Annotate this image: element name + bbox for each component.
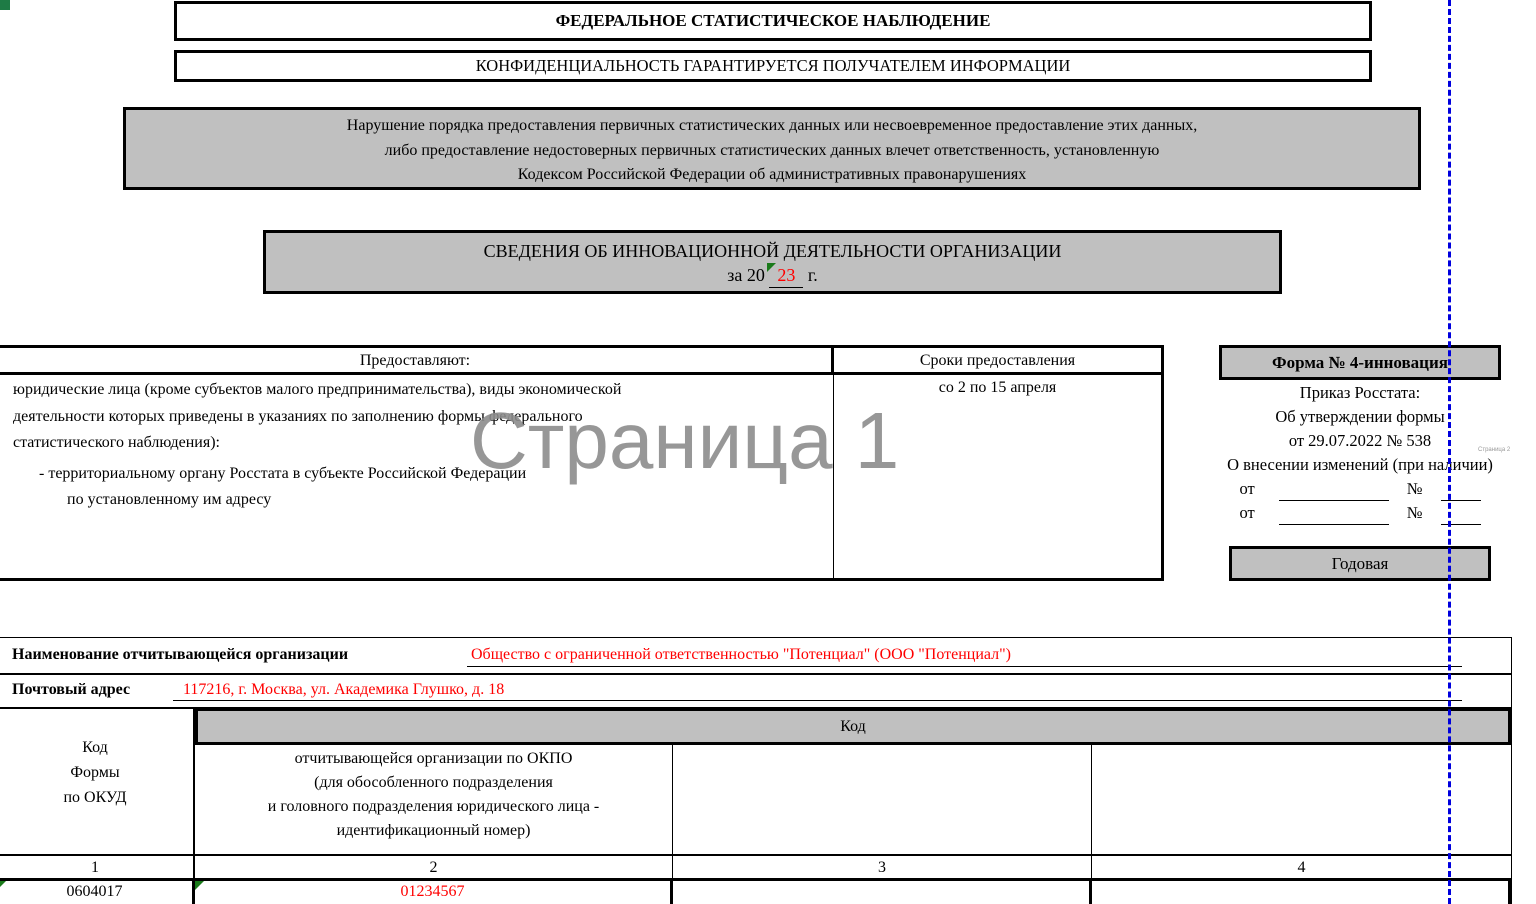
org-name-row: Наименование отчитывающейся организации … (0, 638, 1511, 675)
period-text: Годовая (1332, 554, 1389, 573)
deadline-value: со 2 по 15 апреля (834, 375, 1161, 578)
org-name-underline (467, 666, 1462, 667)
number-label: № (1407, 477, 1423, 501)
okpo-value: 01234567 (401, 883, 465, 900)
column-number: 3 (673, 854, 1092, 881)
year-input[interactable]: 23 (769, 263, 803, 288)
from-label: от (1240, 501, 1255, 525)
org-address-underline (173, 700, 1462, 701)
okud-header-line: Код (0, 735, 193, 760)
comment-marker-icon (767, 263, 776, 272)
period-box: Годовая (1229, 546, 1491, 581)
organization-table: Наименование отчитывающейся организации … (0, 637, 1512, 904)
amendment-date-field[interactable] (1279, 484, 1389, 501)
okud-value-cell[interactable]: 0604017 (0, 881, 195, 904)
providers-bullet: - территориальному органу Росстата в суб… (13, 461, 833, 488)
amendment-line-1: от№ (1198, 477, 1522, 501)
code-header: Код (195, 708, 1511, 745)
confidentiality-text: КОНФИДЕНЦИАЛЬНОСТЬ ГАРАНТИРУЕТСЯ ПОЛУЧАТ… (476, 56, 1071, 75)
deadline-header: Сроки предоставления (834, 348, 1161, 375)
providers-description: юридические лица (кроме субъектов малого… (0, 375, 834, 578)
column-number: 1 (0, 854, 195, 881)
okpo-header-line: и головного подразделения юридического л… (195, 795, 672, 819)
org-name-value[interactable]: Общество с ограниченной ответственностью… (471, 646, 1011, 664)
okud-header-line: Формы (0, 760, 193, 785)
order-line: О внесении изменений (при наличии) (1198, 453, 1522, 477)
providers-line: статистического наблюдения): (13, 430, 833, 457)
warning-line: Кодексом Российской Федерации об админис… (126, 163, 1418, 188)
code-grid: Код Формы по ОКУД Код отчитывающейся орг… (0, 707, 1511, 904)
year-prefix: за 20 (727, 265, 765, 285)
from-label: от (1240, 477, 1255, 501)
form-number-text: Форма № 4-инновация (1272, 353, 1448, 372)
providers-line: деятельности которых приведены в указани… (13, 404, 833, 431)
amendment-line-2: от№ (1198, 501, 1522, 525)
providers-header: Предоставляют: (0, 348, 834, 375)
providers-bullet-cont: по установленному им адресу (13, 487, 833, 514)
providers-line: юридические лица (кроме субъектов малого… (13, 377, 833, 404)
order-line: Приказ Росстата: (1198, 381, 1522, 405)
order-info: Приказ Росстата: Об утверждении формы от… (1198, 381, 1522, 525)
org-address-value[interactable]: 117216, г. Москва, ул. Академика Глушко,… (183, 681, 504, 699)
okud-header: Код Формы по ОКУД (0, 707, 195, 854)
order-line: Об утверждении формы (1198, 405, 1522, 429)
report-year-line: за 20 23 г. (266, 263, 1279, 288)
column-number: 2 (195, 854, 673, 881)
warning-line: Нарушение порядка предоставления первичн… (126, 114, 1418, 139)
col3-header (673, 745, 1092, 854)
okud-value: 0604017 (67, 883, 123, 900)
report-title: СВЕДЕНИЯ ОБ ИННОВАЦИОННОЙ ДЕЯТЕЛЬНОСТИ О… (263, 230, 1282, 294)
order-line: от 29.07.2022 № 538 (1198, 429, 1522, 453)
amendment-number-field[interactable] (1441, 484, 1481, 501)
report-title-text: СВЕДЕНИЯ ОБ ИННОВАЦИОННОЙ ДЕЯТЕЛЬНОСТИ О… (266, 239, 1279, 263)
federal-observation-header: ФЕДЕРАЛЬНОЕ СТАТИСТИЧЕСКОЕ НАБЛЮДЕНИЕ (174, 1, 1372, 41)
confidentiality-header: КОНФИДЕНЦИАЛЬНОСТЬ ГАРАНТИРУЕТСЯ ПОЛУЧАТ… (174, 50, 1372, 82)
form-number-box: Форма № 4-инновация (1219, 345, 1501, 380)
page-break-line (1448, 0, 1451, 904)
comment-marker-icon (0, 881, 6, 890)
org-name-label: Наименование отчитывающейся организации (12, 646, 348, 664)
okpo-header: отчитывающейся организации по ОКПО (для … (195, 745, 673, 854)
liability-warning: Нарушение порядка предоставления первичн… (123, 107, 1421, 190)
providers-table: Предоставляют: Сроки предоставления юрид… (0, 345, 1164, 581)
amendment-date-field[interactable] (1279, 508, 1389, 525)
okud-header-line: по ОКУД (0, 785, 193, 810)
comment-marker-icon (195, 881, 204, 890)
federal-observation-text: ФЕДЕРАЛЬНОЕ СТАТИСТИЧЕСКОЕ НАБЛЮДЕНИЕ (556, 11, 991, 30)
warning-line: либо предоставление недостоверных первич… (126, 139, 1418, 164)
page-2-label: Страница 2 (1478, 447, 1510, 453)
col3-value-cell[interactable] (673, 881, 1092, 904)
okpo-header-line: (для обособленного подразделения (195, 771, 672, 795)
okpo-header-line: идентификационный номер) (195, 819, 672, 843)
org-address-row: Почтовый адрес 117216, г. Москва, ул. Ак… (0, 673, 1511, 709)
okpo-header-line: отчитывающейся организации по ОКПО (195, 747, 672, 771)
okpo-value-cell[interactable]: 01234567 (195, 881, 673, 904)
amendment-number-field[interactable] (1441, 508, 1481, 525)
org-address-label: Почтовый адрес (12, 681, 130, 699)
number-label: № (1407, 501, 1423, 525)
cell-selection-marker (0, 0, 10, 10)
year-suffix: г. (808, 265, 818, 285)
